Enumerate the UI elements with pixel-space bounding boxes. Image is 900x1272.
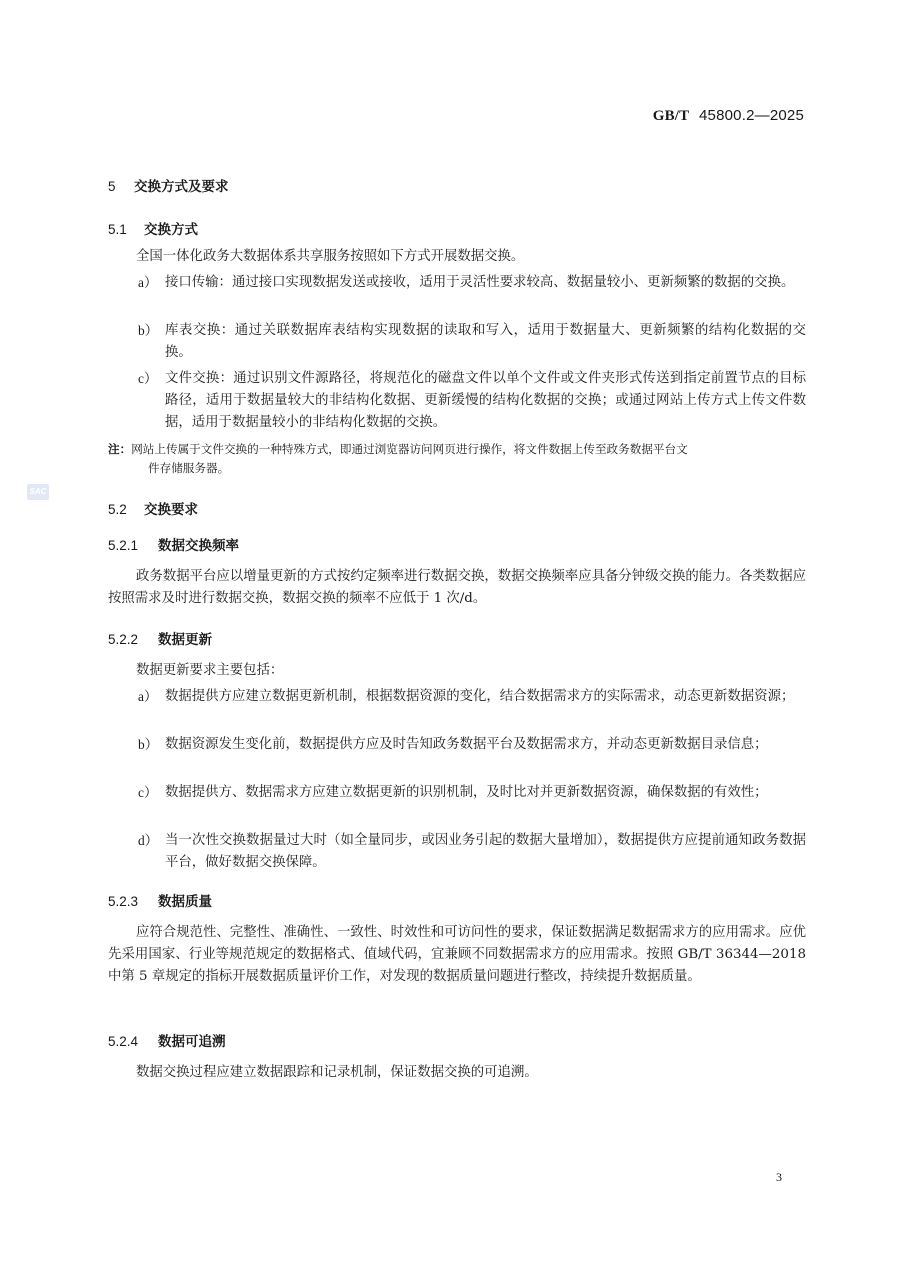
note-text-line1: 网站上传属于文件交换的一种特殊方式，即通过浏览器访问网页进行操作，将文件数据上传… xyxy=(131,442,688,456)
section-heading-5-2-1: 5.2.1数据交换频率 xyxy=(108,534,239,554)
paragraph-5-2-1: 政务数据平台应以增量更新的方式按约定频率进行数据交换，数据交换频率应具备分钟级交… xyxy=(108,566,806,610)
list-label: d） xyxy=(138,830,166,852)
section-title: 数据交换频率 xyxy=(158,538,239,554)
section-heading-5-2-2: 5.2.2数据更新 xyxy=(108,628,212,648)
standard-number: 45800.2—2025 xyxy=(699,107,804,124)
document-page: GB/T 45800.2—2025 SAC 5交换方式及要求 5.1交换方式 全… xyxy=(0,0,900,1272)
note-5-1: 注：网站上传属于文件交换的一种特殊方式，即通过浏览器访问网页进行操作，将文件数据… xyxy=(108,440,806,478)
section-heading-5: 5交换方式及要求 xyxy=(108,175,229,195)
paragraph-5-2-3: 应符合规范性、完整性、准确性、一致性、时效性和可访问性的要求，保证数据满足数据需… xyxy=(108,922,806,988)
section-heading-5-2-3: 5.2.3数据质量 xyxy=(108,890,212,910)
section-number: 5.2.2 xyxy=(108,632,158,647)
list-label: a） xyxy=(138,686,166,708)
list-label: b） xyxy=(138,734,166,756)
list-text: 接口传输：通过接口实现数据发送或接收，适用于灵活性要求较高、数据量较小、更新频繁… xyxy=(165,272,806,294)
list-text: 数据提供方应建立数据更新机制，根据数据资源的变化，结合数据需求方的实际需求，动态… xyxy=(165,686,806,708)
note-text-line2: 件存储服务器。 xyxy=(108,459,806,478)
list-item-5-2-2-a: a） 数据提供方应建立数据更新机制，根据数据资源的变化，结合数据需求方的实际需求… xyxy=(138,686,806,708)
section-number: 5.1 xyxy=(108,222,144,237)
section-number: 5 xyxy=(108,179,134,194)
list-item-5-1-a: a） 接口传输：通过接口实现数据发送或接收，适用于灵活性要求较高、数据量较小、更… xyxy=(138,272,806,294)
section-title: 数据更新 xyxy=(158,632,212,648)
list-label: c） xyxy=(138,782,166,804)
paragraph-5-2-2-intro: 数据更新要求主要包括： xyxy=(108,660,806,682)
paragraph-5-1-intro: 全国一体化政务大数据体系共享服务按照如下方式开展数据交换。 xyxy=(108,246,806,268)
list-item-5-2-2-c: c） 数据提供方、数据需求方应建立数据更新的识别机制，及时比对并更新数据资源，确… xyxy=(138,782,806,804)
list-label: b） xyxy=(138,320,166,342)
section-number: 5.2.3 xyxy=(108,894,158,909)
list-label: c） xyxy=(138,368,166,390)
list-item-5-2-2-b: b） 数据资源发生变化前，数据提供方应及时告知政务数据平台及数据需求方，并动态更… xyxy=(138,734,806,756)
list-item-5-1-b: b） 库表交换：通过关联数据库表结构实现数据的读取和写入，适用于数据量大、更新频… xyxy=(138,320,806,364)
list-text: 数据资源发生变化前，数据提供方应及时告知政务数据平台及数据需求方，并动态更新数据… xyxy=(165,734,806,756)
list-item-5-2-2-d: d） 当一次性交换数据量过大时（如全量同步，或因业务引起的数据大量增加），数据提… xyxy=(138,830,806,874)
section-title: 交换要求 xyxy=(144,502,198,518)
section-number: 5.2.4 xyxy=(108,1034,158,1049)
standard-number-header: GB/T 45800.2—2025 xyxy=(653,107,804,125)
section-title: 交换方式 xyxy=(144,222,198,238)
section-heading-5-2-4: 5.2.4数据可追溯 xyxy=(108,1030,226,1050)
note-label: 注： xyxy=(108,442,131,456)
page-number: 3 xyxy=(776,1170,782,1185)
standard-code: GB/T xyxy=(653,108,690,124)
section-heading-5-1: 5.1交换方式 xyxy=(108,218,198,238)
sac-watermark-logo: SAC xyxy=(27,484,49,500)
paragraph-5-2-4: 数据交换过程应建立数据跟踪和记录机制，保证数据交换的可追溯。 xyxy=(108,1062,806,1084)
list-text: 数据提供方、数据需求方应建立数据更新的识别机制，及时比对并更新数据资源，确保数据… xyxy=(165,782,806,804)
list-text: 文件交换：通过识别文件源路径，将规范化的磁盘文件以单个文件或文件夹形式传送到指定… xyxy=(165,368,806,434)
list-text: 库表交换：通过关联数据库表结构实现数据的读取和写入，适用于数据量大、更新频繁的结… xyxy=(165,320,806,364)
section-title: 数据可追溯 xyxy=(158,1034,226,1050)
section-title: 交换方式及要求 xyxy=(134,179,229,195)
section-number: 5.2.1 xyxy=(108,538,158,553)
section-title: 数据质量 xyxy=(158,894,212,910)
list-label: a） xyxy=(138,272,166,294)
section-heading-5-2: 5.2交换要求 xyxy=(108,498,198,518)
section-number: 5.2 xyxy=(108,502,144,517)
list-item-5-1-c: c） 文件交换：通过识别文件源路径，将规范化的磁盘文件以单个文件或文件夹形式传送… xyxy=(138,368,806,434)
list-text: 当一次性交换数据量过大时（如全量同步，或因业务引起的数据大量增加），数据提供方应… xyxy=(165,830,806,874)
